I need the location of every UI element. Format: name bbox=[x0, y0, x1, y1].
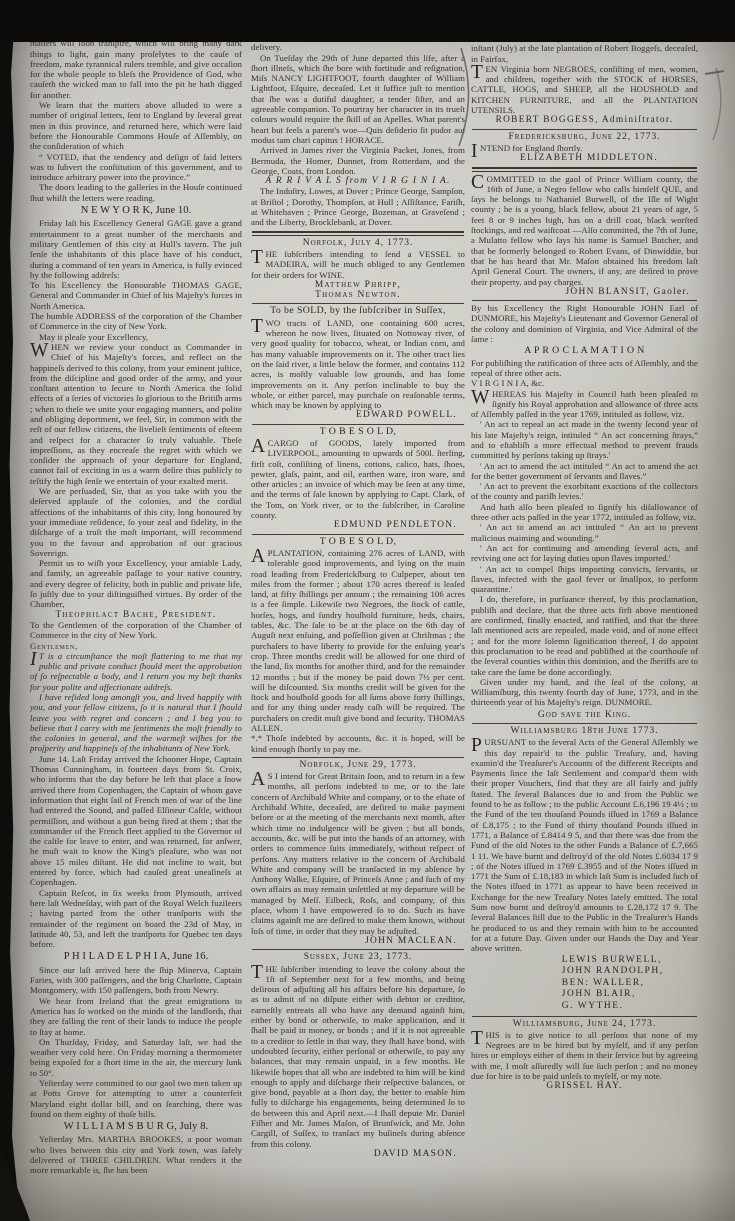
paragraph-text: URSUANT to the ſeveral Acts of the Gener… bbox=[471, 737, 698, 953]
paragraph-with-dropcap: WHEREAS his Majeſty in Council hath been… bbox=[471, 389, 698, 420]
drop-cap: T bbox=[251, 318, 265, 336]
signature-line: BEN: WALLER, bbox=[562, 978, 698, 990]
paragraph-with-dropcap: TWO tracts of LAND, one containing 600 a… bbox=[251, 318, 465, 411]
paragraph: Given under my hand, and the ſeal of the… bbox=[471, 677, 698, 708]
paragraph: May it pleaſe your Excellency, bbox=[30, 332, 242, 342]
paragraph-text: HE ſubſcriber intending to leave the col… bbox=[251, 964, 465, 1149]
dateline-heading: Fredericksburg, June 22, 1773. bbox=[471, 132, 698, 142]
advert-heading: T O B E S O L D, bbox=[251, 537, 465, 547]
paragraph-text: HIS is to give notice to all perſons tha… bbox=[471, 1030, 698, 1081]
paragraph-text: HE ſubſcribers intending to ſend a VESSE… bbox=[251, 249, 465, 280]
paragraph: ' An act to amend the act intituled “ An… bbox=[471, 461, 698, 482]
paragraph: V I R G I N I A, &c. bbox=[471, 378, 698, 388]
dateline-heading: W I L L I A M S B U R G, July 8. bbox=[30, 1122, 242, 1132]
paragraph: For publiſhing the ratification of three… bbox=[471, 358, 698, 379]
paragraph-text: PLANTATION, containing 276 acres of LAND… bbox=[251, 548, 465, 733]
signature-line: ELIZABETH MIDDLETON. bbox=[471, 153, 698, 163]
paragraph: We hear from Ireland that the great emig… bbox=[30, 996, 242, 1037]
signature-line: A R R I V A L S from V I R G I N I A. bbox=[251, 176, 465, 186]
advert-heading: To be SOLD, by the ſubſcriber in Suſſex, bbox=[251, 306, 465, 316]
section-divider-rule bbox=[252, 534, 464, 535]
drop-cap: T bbox=[251, 249, 265, 267]
paragraph-text: EN Virginia born NEGROES, conſiſting of … bbox=[471, 64, 698, 115]
signature-line: JOHN BLANSIT, Gaoler. bbox=[471, 287, 698, 297]
binding-edge bbox=[0, 0, 24, 1221]
signature-line: DAVID MASON. bbox=[251, 1149, 465, 1159]
margin-arc bbox=[713, 68, 721, 140]
paragraph: And hath alſo been pleaſed to ſignify hi… bbox=[471, 502, 698, 523]
dateline-heading: Williamsburg, June 24, 1773. bbox=[471, 1019, 698, 1029]
signature-line: LEWIS BURWELL, bbox=[562, 955, 698, 967]
paragraph: By his Excellency the Right Honourable J… bbox=[471, 303, 698, 344]
paragraph: To the Gentlemen of the corporation of t… bbox=[30, 620, 242, 641]
paragraph: We learn that the matters above alluded … bbox=[30, 100, 242, 151]
column-3: To be SOLD, for ready money, on Friday t… bbox=[471, 33, 698, 1193]
paragraph-with-dropcap: APLANTATION, containing 276 acres of LAN… bbox=[251, 548, 465, 733]
paragraph-with-dropcap: THE ſubſcriber intending to leave the co… bbox=[251, 964, 465, 1149]
paragraph: The doors leading to the galleries in th… bbox=[30, 182, 242, 203]
drop-cap: T bbox=[251, 964, 265, 982]
paragraph: ' An act to prevent the exorbitant exact… bbox=[471, 481, 698, 502]
paragraph-with-dropcap: INTEND for England ſhortly. bbox=[471, 143, 698, 153]
paragraph-text: HEREAS his Majeſty in Council hath been … bbox=[471, 389, 698, 420]
signature-line: Matthew Phripp, bbox=[251, 280, 465, 290]
paragraph-with-dropcap: ACARGO of GOODS, lately imported from LI… bbox=[251, 438, 465, 520]
paragraph: Friday laſt his Excellency General GAGE … bbox=[30, 218, 242, 280]
bottom-corner-shadow bbox=[0, 1151, 30, 1221]
dateline-heading: Norfolk, July 4, 1773. bbox=[251, 238, 465, 248]
dateline-heading: Norfolk, June 29, 1773. bbox=[251, 760, 465, 770]
drop-cap: C bbox=[471, 174, 487, 192]
paragraph: ' An act to repeal an act made in the tw… bbox=[471, 419, 698, 460]
dateline-heading: Sussex, June 23, 1773. bbox=[251, 952, 465, 962]
paragraph: ' An act to amend an act intituled “ An … bbox=[471, 522, 698, 543]
drop-cap: A bbox=[251, 771, 268, 789]
drop-cap: T bbox=[471, 1030, 485, 1048]
paragraph-text: S I intend for Great Britain ſoon, and t… bbox=[251, 771, 465, 935]
dateline-heading: Williamsburg 18th June 1773. bbox=[471, 726, 698, 736]
signature-line: Thomas Newton. bbox=[251, 290, 465, 300]
column-1: opinion, and we are well informed that v… bbox=[30, 28, 242, 1188]
advert-heading: T O B E S O L D, bbox=[251, 427, 465, 437]
drop-cap: P bbox=[471, 737, 484, 755]
signature-line: EDWARD POWELL. bbox=[251, 410, 465, 420]
paragraph: Arrived in James river the Virginia Pack… bbox=[251, 145, 465, 176]
paragraph-with-dropcap: THIS is to give notice to all perſons th… bbox=[471, 1030, 698, 1081]
paragraph-with-dropcap: THE ſubſcribers intending to ſend a VESS… bbox=[251, 249, 465, 280]
dateline-heading: God save the King. bbox=[471, 710, 698, 720]
paragraph: June 14. Laſt Friday arrived the ſchoone… bbox=[30, 754, 242, 888]
drop-cap: I bbox=[30, 651, 39, 669]
paragraph: “ VOTED, that the tendency and deſign of… bbox=[30, 152, 242, 183]
advert-heading: A P R O C L A M A T I O N bbox=[471, 346, 698, 356]
drop-cap: A bbox=[251, 548, 268, 566]
paragraph-with-dropcap: TEN Virginia born NEGROES, conſiſting of… bbox=[471, 64, 698, 115]
paragraph: On Tueſday the 29th of June departed thi… bbox=[251, 53, 465, 146]
paragraph-with-dropcap: PURSUANT to the ſeveral Acts of the Gene… bbox=[471, 737, 698, 953]
paragraph: ' An act to compel ſhips importing convi… bbox=[471, 564, 698, 595]
paragraph: The Induſtry, Lowes, at Dover ; Prince G… bbox=[251, 186, 465, 227]
paragraph-with-dropcap: AS I intend for Great Britain ſoon, and … bbox=[251, 771, 465, 936]
section-divider-rule bbox=[472, 300, 697, 301]
paragraph: Gentlemen, bbox=[30, 641, 242, 651]
drop-cap: W bbox=[471, 389, 492, 407]
paragraph: To his Excellency the Honourable THOMAS … bbox=[30, 280, 242, 311]
paragraph-text: T is a circumſtance the moſt flattering … bbox=[30, 651, 242, 692]
column-2: long afflicted with the dropſy, and was … bbox=[251, 32, 465, 1192]
signature-line: ROBERT BOGGESS, Adminiſtrator. bbox=[471, 115, 698, 125]
section-divider-double-rule bbox=[472, 167, 697, 172]
paragraph: The humble ADDRESS of the corporation of… bbox=[30, 311, 242, 332]
paragraph-text: HEN we review your conduct as Commander … bbox=[30, 342, 242, 486]
paragraph: Captain Reſcot, in ſix weeks from Plymou… bbox=[30, 888, 242, 950]
paragraph-text: OMMITTED to the gaol of Prince William c… bbox=[471, 174, 698, 287]
paragraph: *.* Thoſe indebted by accounts, &c. it i… bbox=[251, 733, 465, 754]
dateline-heading: P H I L A D E L P H I A, June 16. bbox=[30, 952, 242, 962]
paragraph-text: WO tracts of LAND, one containing 600 ac… bbox=[251, 318, 465, 410]
signature-line: GRISSEL HAY. bbox=[471, 1081, 698, 1091]
drop-cap: A bbox=[251, 438, 268, 456]
signature-line: JOHN RANDOLPH, bbox=[562, 966, 698, 978]
drop-cap: I bbox=[471, 143, 480, 161]
section-divider-rule bbox=[472, 129, 697, 130]
paragraph: We are perſuaded, Sir, that as you take … bbox=[30, 486, 242, 558]
paragraph-with-dropcap: WHEN we review your conduct as Commander… bbox=[30, 342, 242, 486]
signature-line: EDMUND PENDLETON. bbox=[251, 520, 465, 530]
torn-top-edge bbox=[0, 0, 735, 42]
section-divider-double-rule bbox=[252, 231, 464, 236]
drop-cap: W bbox=[30, 342, 51, 360]
section-divider-rule bbox=[252, 757, 464, 758]
section-divider-rule bbox=[252, 303, 464, 304]
signature-line: JOHN MACLEAN. bbox=[251, 936, 465, 946]
paragraph-text: NTEND for England ſhortly. bbox=[480, 143, 582, 153]
section-divider-rule bbox=[472, 1016, 697, 1017]
paragraph: ' An act for continuing and amending ſev… bbox=[471, 543, 698, 564]
signature-line: Theophilact Bache, Preſident. bbox=[30, 610, 242, 620]
section-divider-rule bbox=[252, 424, 464, 425]
paragraph: I have reſided long amongſt you, and liv… bbox=[30, 692, 242, 754]
paragraph-text: CARGO of GOODS, lately imported from LIV… bbox=[251, 438, 465, 520]
signature-line: JOHN BLAIR, bbox=[562, 989, 698, 1001]
paragraph-with-dropcap: COMMITTED to the gaol of Prince William … bbox=[471, 174, 698, 287]
section-divider-rule bbox=[472, 723, 697, 724]
paragraph: I do, therefore, in purſuance thereof, b… bbox=[471, 594, 698, 676]
signature-block: LEWIS BURWELL,JOHN RANDOLPH,BEN: WALLER,… bbox=[562, 955, 698, 1013]
section-divider-rule bbox=[252, 949, 464, 950]
paragraph: Permit us to wiſh your Excellency, your … bbox=[30, 558, 242, 609]
paragraph-with-dropcap: IT is a circumſtance the moſt flattering… bbox=[30, 651, 242, 692]
newspaper-page: opinion, and we are well informed that v… bbox=[0, 0, 735, 1221]
signature-line: G. WYTHE. bbox=[562, 1001, 698, 1013]
paragraph: On Thurſday, Friday, and Saturday laſt, … bbox=[30, 1037, 242, 1078]
dateline-heading: N E W Y O R K, June 10. bbox=[30, 206, 242, 216]
margin-dash bbox=[705, 71, 724, 74]
paragraph: Yeſterday were committed to our gaol two… bbox=[30, 1078, 242, 1119]
paragraph: Since our laſt arrived here the ſhip Min… bbox=[30, 965, 242, 996]
drop-cap: T bbox=[471, 64, 485, 82]
paragraph: Yeſterday Mrs. MARTHA BROOKES, a poor wo… bbox=[30, 1134, 242, 1175]
